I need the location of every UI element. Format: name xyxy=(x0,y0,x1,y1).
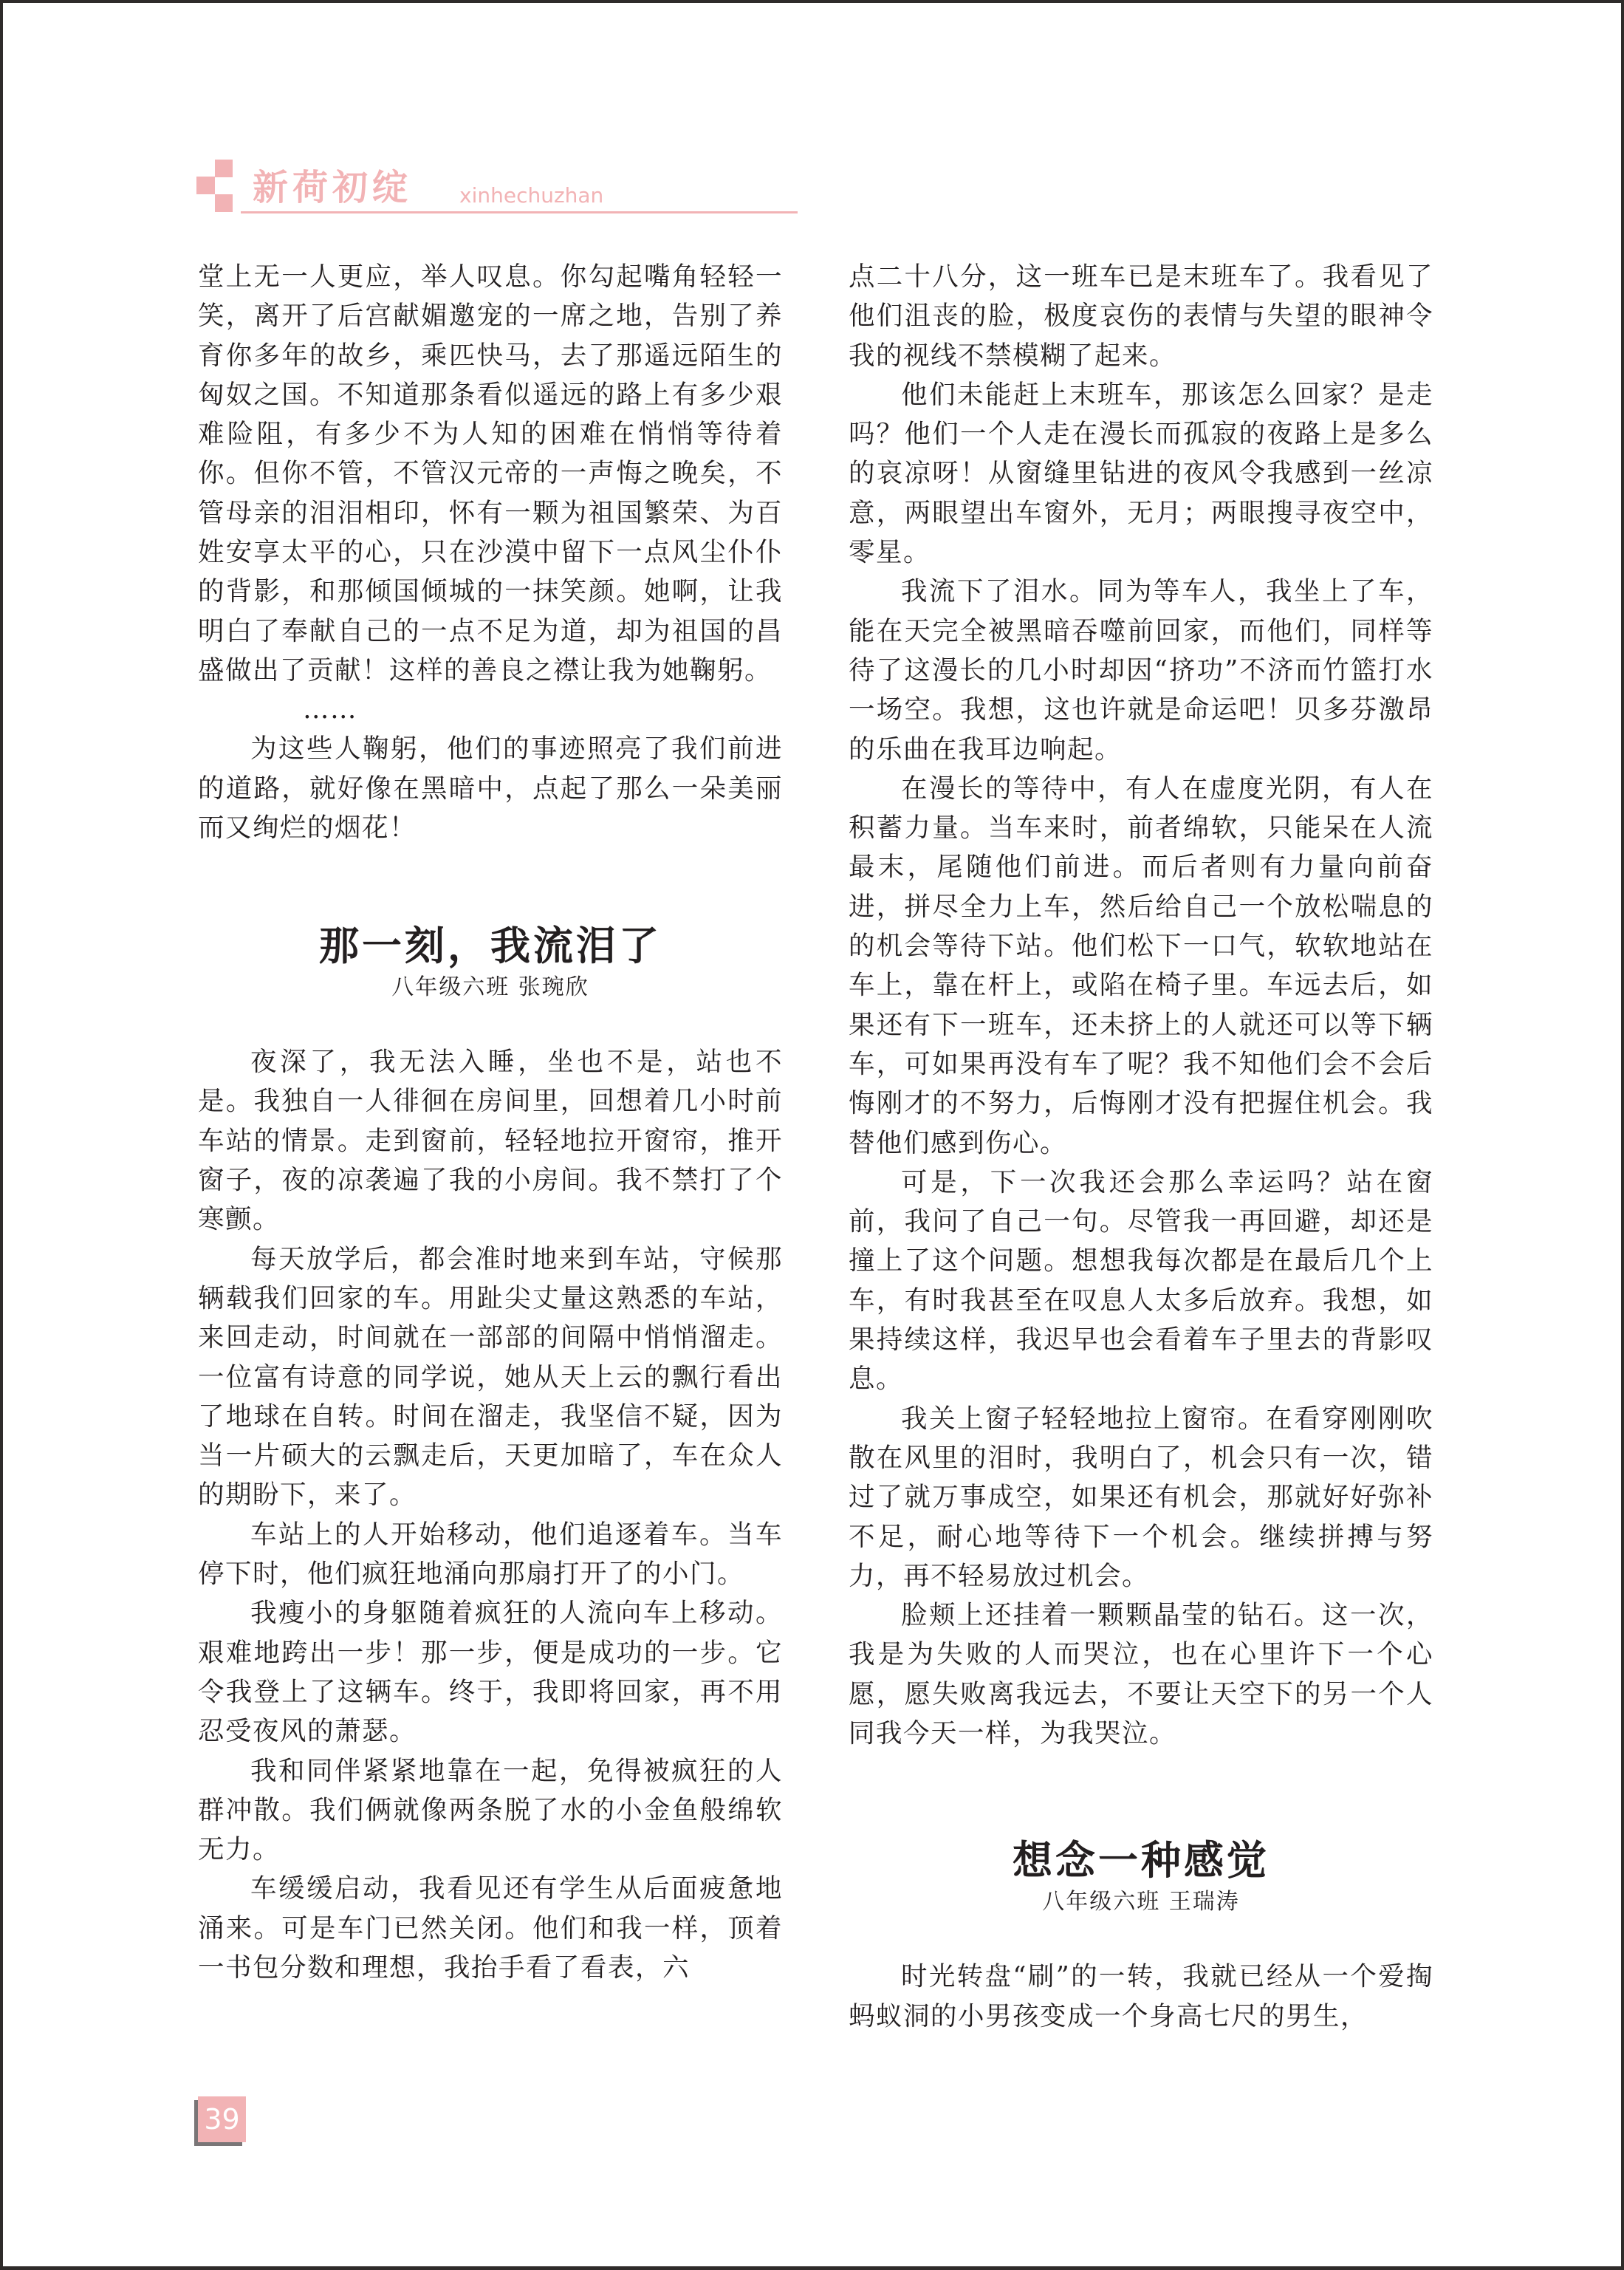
section-pinyin: xinhechuzhan xyxy=(459,183,603,208)
paragraph: 可是，下一次我还会那么幸运吗？站在窗前，我问了自己一句。尽管我一再回避，却还是撞… xyxy=(849,1163,1433,1399)
paragraph: 车站上的人开始移动，他们追逐着车。当车停下时，他们疯狂地涌向那扇打开了的小门。 xyxy=(198,1515,783,1594)
article-byline: 八年级六班 王瑞涛 xyxy=(849,1886,1433,1918)
continued-paragraph: 堂上无一人更应，举人叹息。你勾起嘴角轻轻一笑，离开了后宫献媚邀宠的一席之地，告别… xyxy=(198,257,783,690)
left-column: 堂上无一人更应，举人叹息。你勾起嘴角轻轻一笑，离开了后宫献媚邀宠的一席之地，告别… xyxy=(198,257,783,1987)
spacer xyxy=(198,847,783,920)
paragraph: 脸颊上还挂着一颗颗晶莹的钻石。这一次，我是为失败的人而哭泣，也在心里许下一个心愿… xyxy=(849,1596,1433,1753)
paragraph: 我瘦小的身躯随着疯狂的人流向车上移动。艰难地跨出一步！那一步，便是成功的一步。它… xyxy=(198,1593,783,1751)
paragraph: 车缓缓启动，我看见还有学生从后面疲惫地涌来。可是车门已然关闭。他们和我一样，顶着… xyxy=(198,1869,783,1987)
closing-paragraph: 为这些人鞠躬，他们的事迹照亮了我们前进的道路，就好像在黑暗中，点起了那么一朵美丽… xyxy=(198,729,783,847)
section-title: 新荷初绽 xyxy=(253,167,412,208)
paragraph: 每天放学后，都会准时地来到车站，守候那辆载我们回家的车。用趾尖丈量这熟悉的车站，… xyxy=(198,1240,783,1515)
paragraph: 我流下了泪水。同为等车人，我坐上了车，能在天完全被黑暗吞噬前回家，而他们，同样等… xyxy=(849,572,1433,768)
header-rule xyxy=(241,211,798,213)
header-decor-square-icon xyxy=(196,177,215,194)
magazine-page: 新荷初绽 xinhechuzhan 堂上无一人更应，举人叹息。你勾起嘴角轻轻一笑… xyxy=(3,3,1621,2266)
continued-paragraph: 点二十八分，这一班车已是末班车了。我看见了他们沮丧的脸，极度哀伤的表情与失望的眼… xyxy=(849,257,1433,375)
paragraph: 我关上窗子轻轻地拉上窗帘。在看穿刚刚吹散在风里的泪时，我明白了，机会只有一次，错… xyxy=(849,1399,1433,1596)
spacer xyxy=(849,1753,1433,1834)
right-column: 点二十八分，这一班车已是末班车了。我看见了他们沮丧的脸，极度哀伤的表情与失望的眼… xyxy=(849,257,1433,2036)
paragraph: 时光转盘“刷”的一转，我就已经从一个爱掏蚂蚁洞的小男孩变成一个身高七尺的男生， xyxy=(849,1957,1433,2036)
paragraph: 我和同伴紧紧地靠在一起，免得被疯狂的人群冲散。我们俩就像两条脱了水的小金鱼般绵软… xyxy=(198,1751,783,1870)
page-number: 39 xyxy=(198,2096,246,2142)
ellipsis: …… xyxy=(198,690,783,729)
article-title: 想念一种感觉 xyxy=(849,1834,1433,1886)
paragraph: 在漫长的等待中，有人在虚度光阴，有人在积蓄力量。当车来时，前者绵软，只能呆在人流… xyxy=(849,769,1433,1163)
article-byline: 八年级六班 张琬欣 xyxy=(198,971,783,1004)
article-title: 那一刻，我流泪了 xyxy=(198,920,783,971)
header-decor-square-icon xyxy=(215,160,233,177)
spacer xyxy=(198,1004,783,1042)
spacer xyxy=(849,1918,1433,1957)
header-decor-square-icon xyxy=(215,194,233,212)
paragraph: 夜深了，我无法入睡，坐也不是，站也不是。我独自一人徘徊在房间里，回想着几小时前车… xyxy=(198,1042,783,1239)
paragraph: 他们未能赶上末班车，那该怎么回家？是走吗？他们一个人走在漫长而孤寂的夜路上是多么… xyxy=(849,375,1433,572)
